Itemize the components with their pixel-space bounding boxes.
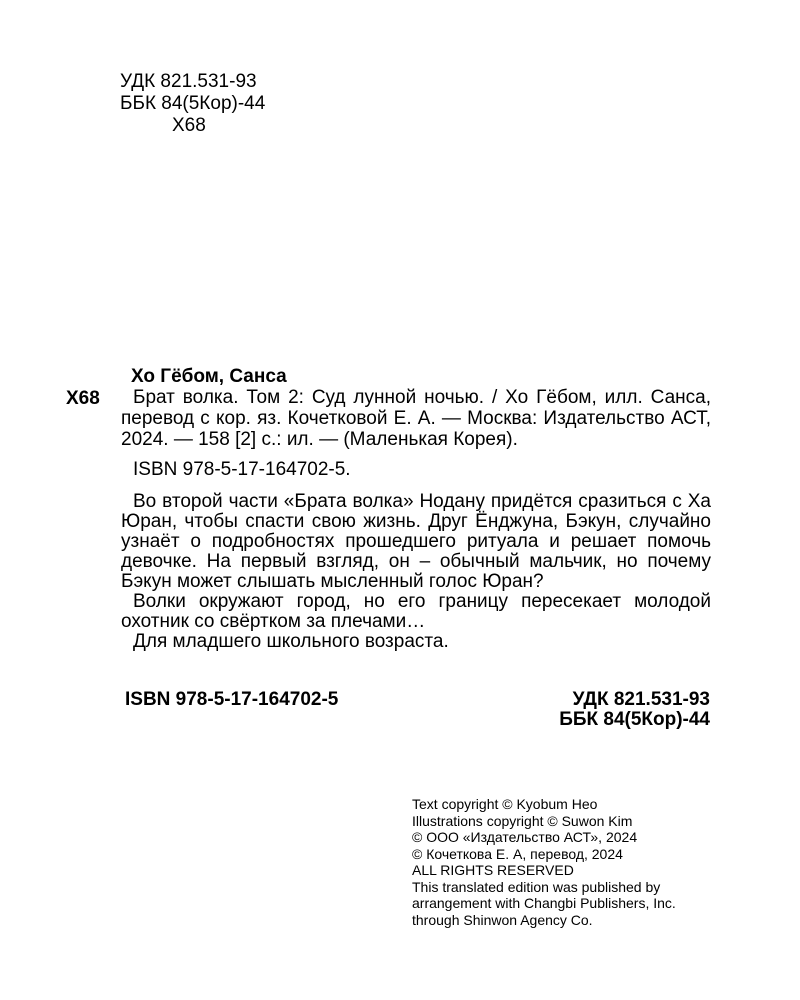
- bbk-line: ББК 84(5Кор)-44: [120, 93, 265, 115]
- copyright-line: ALL RIGHTS RESERVED: [412, 862, 676, 879]
- udk-line: УДК 821.531-93: [120, 71, 265, 93]
- bbk-bottom: ББК 84(5Кор)-44: [559, 710, 710, 730]
- copyright-line: Text copyright © Kyobum Heo: [412, 796, 676, 813]
- annotation-paragraph: Для младшего школьного возраста.: [121, 632, 711, 652]
- author-sign-code: Х68: [120, 115, 265, 137]
- copyright-line: Illustrations copyright © Suwon Kim: [412, 813, 676, 830]
- copyright-block: Text copyright © Kyobum Heo Illustration…: [412, 796, 676, 928]
- imprint-page: УДК 821.531-93 ББК 84(5Кор)-44 Х68 Х68 Х…: [0, 0, 800, 1000]
- bibliographic-entry: Хо Гёбом, Санса Брат волка. Том 2: Суд л…: [121, 366, 711, 480]
- udk-bbk-right-block: УДК 821.531-93 ББК 84(5Кор)-44: [559, 690, 710, 730]
- bibliographic-description: Брат волка. Том 2: Суд лунной ночью. / Х…: [121, 387, 711, 450]
- annotation-block: Во второй части «Брата волка» Нодану при…: [121, 492, 711, 652]
- annotation-paragraph: Во второй части «Брата волка» Нодану при…: [121, 492, 711, 592]
- isbn-line: ISBN 978-5-17-164702-5.: [121, 459, 711, 480]
- margin-author-sign: Х68: [66, 388, 100, 410]
- copyright-line: through Shinwon Agency Co.: [412, 912, 676, 929]
- copyright-line: arrangement with Changbi Publishers, Inc…: [412, 895, 676, 912]
- bottom-classification-row: ISBN 978-5-17-164702-5 УДК 821.531-93 ББ…: [0, 688, 710, 732]
- copyright-line: © Кочеткова Е. А, перевод, 2024: [412, 846, 676, 863]
- annotation-paragraph: Волки окружают город, но его границу пер…: [121, 592, 711, 632]
- author-heading: Хо Гёбом, Санса: [121, 366, 711, 387]
- copyright-line: This translated edition was published by: [412, 879, 676, 896]
- udk-bottom: УДК 821.531-93: [559, 690, 710, 710]
- copyright-line: © ООО «Издательство АСТ», 2024: [412, 829, 676, 846]
- isbn-bottom: ISBN 978-5-17-164702-5: [125, 690, 338, 710]
- classification-block: УДК 821.531-93 ББК 84(5Кор)-44 Х68: [120, 71, 265, 137]
